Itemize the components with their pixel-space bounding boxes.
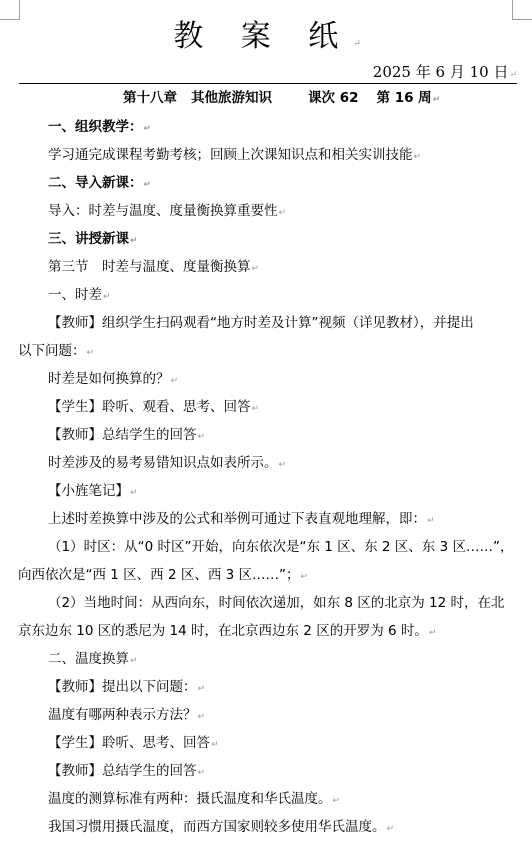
line-text: 三、讲授新课 xyxy=(48,231,129,247)
line-text: 二、温度换算 xyxy=(48,651,129,667)
line-text: 导入：时差与温度、度量衡换算重要性 xyxy=(48,203,278,219)
line-text: 第三节 时差与温度、度量衡换算 xyxy=(48,259,251,275)
paragraph-mark-icon: ↵ xyxy=(252,264,260,274)
page-corner-mark-top-right xyxy=(512,0,532,20)
paragraph: 时差涉及的易考易错知识点如表所示。↵ xyxy=(48,453,286,475)
paragraph-continuation: 以下问题：↵ xyxy=(18,341,94,363)
paragraph: 【教师】总结学生的回答↵ xyxy=(48,761,205,783)
line-text: 二、导入新课： xyxy=(48,175,143,191)
paragraph-mark-icon: ↵ xyxy=(198,432,206,442)
paragraph-mark-icon: ↵ xyxy=(198,684,206,694)
paragraph-mark-icon: ↵ xyxy=(144,124,152,134)
line-text: 【教师】总结学生的回答 xyxy=(48,427,197,443)
line-text: 上述时差换算中涉及的公式和举例可通过下表直观地理解，即： xyxy=(48,511,426,527)
paragraph: 温度的测算标准有两种：摄氏温度和华氏温度。↵ xyxy=(48,789,340,811)
paragraph-mark-icon: ↵ xyxy=(509,70,517,80)
line-text: 我国习惯用摄氏温度，而西方国家则较多使用华氏温度。 xyxy=(48,819,386,835)
paragraph: （1）时区：从“0 时区”开始，向东依次是“东 1 区、东 2 区、东 3 区…… xyxy=(48,537,513,557)
title-text: 教 案 纸 xyxy=(173,19,352,54)
line-text: 温度的测算标准有两种：摄氏温度和华氏温度。 xyxy=(48,791,332,807)
line-text: 【小旌笔记】 xyxy=(48,483,129,499)
paragraph: 学习通完成课程考勤考核；回顾上次课知识点和相关实训技能↵ xyxy=(48,145,421,167)
chapter-header: 第十八章其他旅游知识课次 62第 16 周↵ xyxy=(123,88,440,110)
paragraph-mark-icon: ↵ xyxy=(333,796,341,806)
line-text: 时差是如何换算的？ xyxy=(48,371,170,387)
paragraph-mark-icon: ↵ xyxy=(130,236,138,246)
paragraph: 【教师】提出以下问题：↵ xyxy=(48,677,205,699)
paragraph: 温度有哪两种表示方法？↵ xyxy=(48,705,205,727)
paragraph: 【教师】总结学生的回答↵ xyxy=(48,425,205,447)
line-text: 【学生】聆听、思考、回答 xyxy=(48,735,210,751)
paragraph-mark-icon: ↵ xyxy=(103,292,111,302)
note-heading: 【小旌笔记】↵ xyxy=(48,481,138,503)
date-text: 2025 年 6 月 10 日 xyxy=(373,63,509,81)
paragraph-mark-icon: ↵ xyxy=(252,404,260,414)
paragraph-mark-icon: ↵ xyxy=(353,39,375,49)
paragraph-mark-icon: ↵ xyxy=(171,376,179,386)
line-text: 时差涉及的易考易错知识点如表所示。 xyxy=(48,455,278,471)
paragraph-mark-icon: ↵ xyxy=(279,208,287,218)
paragraph-mark-icon: ↵ xyxy=(130,656,138,666)
line-text: （2）当地时间：从西向东，时间依次递加，如东 8 区的北京为 12 时，在北 xyxy=(48,595,505,611)
paragraph: 【教师】组织学生扫码观看“地方时差及计算”视频（详见教材），并提出 xyxy=(48,313,474,333)
line-text: 向西依次是“西 1 区、西 2 区、西 3 区……”； xyxy=(18,567,300,583)
paragraph: 导入：时差与温度、度量衡换算重要性↵ xyxy=(48,201,286,223)
paragraph-mark-icon: ↵ xyxy=(211,740,219,750)
line-text: 温度有哪两种表示方法？ xyxy=(48,707,197,723)
line-text: 【教师】组织学生扫码观看“地方时差及计算”视频（详见教材），并提出 xyxy=(48,315,474,331)
paragraph: 时差是如何换算的？↵ xyxy=(48,369,178,391)
line-text: （1）时区：从“0 时区”开始，向东依次是“东 1 区、东 2 区、东 3 区…… xyxy=(48,539,513,555)
paragraph-mark-icon: ↵ xyxy=(279,460,287,470)
paragraph: 上述时差换算中涉及的公式和举例可通过下表直观地理解，即：↵ xyxy=(48,509,435,531)
paragraph-mark-icon: ↵ xyxy=(387,824,395,834)
paragraph-mark-icon: ↵ xyxy=(414,152,422,162)
paragraph-continuation: 京东边东 10 区的悉尼为 14 时，在北京西边东 2 区的开罗为 6 时。↵ xyxy=(18,621,436,643)
line-text: 以下问题： xyxy=(18,343,86,359)
section-heading-organize: 一、组织教学：↵ xyxy=(48,117,151,139)
chapter-topic: 其他旅游知识 xyxy=(191,88,272,108)
line-text: 【学生】聆听、观看、思考、回答 xyxy=(48,399,251,415)
document-date: 2025 年 6 月 10 日↵ xyxy=(373,62,517,85)
paragraph-mark-icon: ↵ xyxy=(427,516,435,526)
line-text: 京东边东 10 区的悉尼为 14 时，在北京西边东 2 区的开罗为 6 时。 xyxy=(18,623,428,639)
paragraph-continuation: 向西依次是“西 1 区、西 2 区、西 3 区……”；↵ xyxy=(18,565,308,587)
paragraph-mark-icon: ↵ xyxy=(87,348,95,358)
chapter-number: 第十八章 xyxy=(123,88,177,108)
paragraph: （2）当地时间：从西向东，时间依次递加，如东 8 区的北京为 12 时，在北 xyxy=(48,593,505,613)
paragraph: 【学生】聆听、思考、回答↵ xyxy=(48,733,219,755)
paragraph: 我国习惯用摄氏温度，而西方国家则较多使用华氏温度。↵ xyxy=(48,817,394,839)
paragraph-mark-icon: ↵ xyxy=(198,768,206,778)
line-text: 学习通完成课程考勤考核；回顾上次课知识点和相关实训技能 xyxy=(48,147,413,163)
paragraph-mark-icon: ↵ xyxy=(144,180,152,190)
page-corner-mark-top-left xyxy=(0,0,20,20)
section-heading-intro: 二、导入新课：↵ xyxy=(48,173,151,195)
week-number: 第 16 周 xyxy=(377,88,432,108)
paragraph-mark-icon: ↵ xyxy=(301,572,309,582)
subheading-time-difference: 一、时差↵ xyxy=(48,285,111,307)
paragraph: 【学生】聆听、观看、思考、回答↵ xyxy=(48,397,259,419)
line-text: 一、时差 xyxy=(48,287,102,303)
section-heading-teach: 三、讲授新课↵ xyxy=(48,229,138,251)
line-text: 一、组织教学： xyxy=(48,119,143,135)
paragraph-mark-icon: ↵ xyxy=(130,488,138,498)
document-title: 教 案 纸↵ xyxy=(0,18,532,63)
paragraph-mark-icon: ↵ xyxy=(198,712,206,722)
lesson-number: 课次 62 xyxy=(308,88,359,108)
line-text: 【教师】总结学生的回答 xyxy=(48,763,197,779)
line-text: 【教师】提出以下问题： xyxy=(48,679,197,695)
paragraph-mark-icon: ↵ xyxy=(433,90,441,110)
header-divider xyxy=(19,83,517,84)
subheading-temperature: 二、温度换算↵ xyxy=(48,649,138,671)
paragraph-mark-icon: ↵ xyxy=(429,628,437,638)
subsection-title: 第三节 时差与温度、度量衡换算↵ xyxy=(48,257,259,279)
